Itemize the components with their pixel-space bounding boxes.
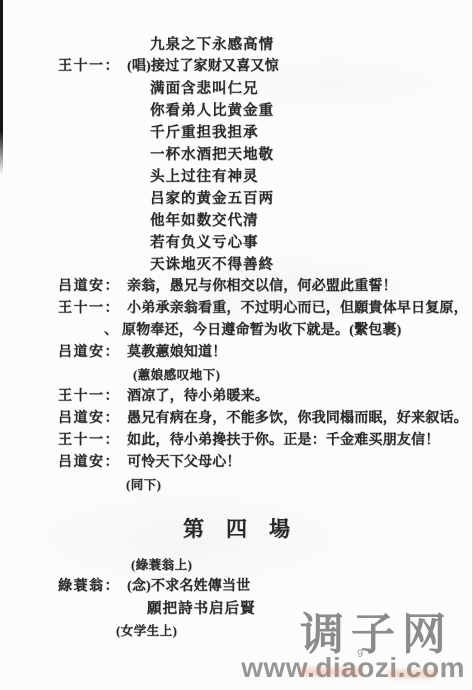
line-text: 千斤重担我担承 [150,125,259,141]
script-line: 第四場 [0,514,473,544]
script-line: 吕家的黄金五百两 [0,188,473,210]
line-text: (綠蓑翁上) [131,558,192,572]
line-text: (蕙娘感叹地下) [133,368,220,382]
line-text: 一杯水酒把天地敬 [150,147,274,163]
watermark-site-url: www.diaozi.com [241,654,465,682]
script-line: 王十一：如此，待小弟搀扶于你。正是：千金难买朋友信！ [0,430,473,452]
speaker-label: 綠蓑翁： [58,579,120,594]
script-line: 他年如数交代清 [0,210,473,232]
line-text: 若有负义亏心事 [150,235,259,251]
line-text: 願把詩书启后賢 [147,601,256,617]
line-text: 如此，待小弟搀扶于你。正是：千金难买朋友信！ [127,433,439,448]
script-line: 王十一：(唱)接过了家财又喜又惊 [0,56,473,78]
line-text: (同下) [126,478,161,492]
script-line: 吕道安：可怜天下父母心！ [0,452,473,474]
line-text: 亲翁，愚兄与你相交以信，何必盟此重誓！ [127,279,397,294]
line-text: 九泉之下永感高情 [150,37,274,53]
line-text: 第四場 [183,517,312,541]
script-line: 綠蓑翁：(念)不求名姓傳当世 [0,576,473,598]
line-text: 可怜天下父母心！ [127,455,241,470]
script-line: 你看弟人比黄金重 [0,100,473,122]
line-text: 酒凉了，待小弟暖来。 [127,389,269,404]
line-text: (唱)接过了家财又喜又惊 [127,59,279,74]
script-line: 头上过往有神灵 [0,166,473,188]
script-line: 满面含悲叫仁兄 [0,78,473,100]
line-text: 天诛地灭不得善終 [150,257,274,273]
line-text: (念)不求名姓傳当世 [127,579,250,594]
script-line: 吕道安：亲翁，愚兄与你相交以信，何必盟此重誓！ [0,276,473,298]
speaker-label: 吕道安： [58,345,120,360]
script-line: 吕道安：愚兄有病在身，不能多饮，你我同榻而眠，好来叙话。 [0,408,473,430]
speaker-label: 王十一： [58,301,120,316]
line-text: 吕家的黄金五百两 [150,191,274,207]
script-line: 天诛地灭不得善終 [0,254,473,276]
script-line: 千斤重担我担承 [0,122,473,144]
line-text: 满面含悲叫仁兄 [150,81,259,97]
line-text: 愚兄有病在身，不能多饮，你我同榻而眠，好来叙话。 [127,411,468,426]
line-text: 你看弟人比黄金重 [150,103,274,119]
line-text: 莫教蕙娘知道！ [127,345,226,360]
script-line: 王十一：酒凉了，待小弟暖来。 [0,386,473,408]
speaker-label: 王十一： [58,59,120,74]
script-line: 、 原物奉还，今日遵命暂为收下就是。(繫包裹) [0,320,473,342]
script-line: (同下) [0,474,473,496]
script-line: 王十一：小弟承亲翁看重，不过明心而已，但願貴体早日复原， [0,298,473,320]
script-line: 九泉之下永感高情 [0,34,473,56]
line-text: (女学生上) [116,624,177,638]
speaker-label: 吕道安： [58,455,120,470]
line-text: 、 原物奉还，今日遵命暂为收下就是。(繫包裹) [104,323,401,338]
page-number: 9 [357,648,363,660]
speaker-label: 吕道安： [58,279,120,294]
line-text: 小弟承亲翁看重，不过明心而已，但願貴体早日复原， [127,301,468,316]
script-line: (蕙娘感叹地下) [0,364,473,386]
line-text: 头上过往有神灵 [150,169,259,185]
speaker-label: 吕道安： [58,411,120,426]
script-line: 一杯水酒把天地敬 [0,144,473,166]
line-text: 他年如数交代清 [150,213,259,229]
watermark-site-name: 调子网 [300,613,453,657]
speaker-label: 王十一： [58,433,120,448]
script-line: 吕道安：莫教蕙娘知道！ [0,342,473,364]
script-line: (綠蓑翁上) [0,554,473,576]
script-text-block: 九泉之下永感高情 王十一：(唱)接过了家财又喜又惊 满面含悲叫仁兄 你看弟人比黄… [0,34,473,642]
speaker-label: 王十一： [58,389,120,404]
script-line: 若有负义亏心事 [0,232,473,254]
scanned-book-page: 九泉之下永感高情 王十一：(唱)接过了家财又喜又惊 满面含悲叫仁兄 你看弟人比黄… [0,0,473,690]
